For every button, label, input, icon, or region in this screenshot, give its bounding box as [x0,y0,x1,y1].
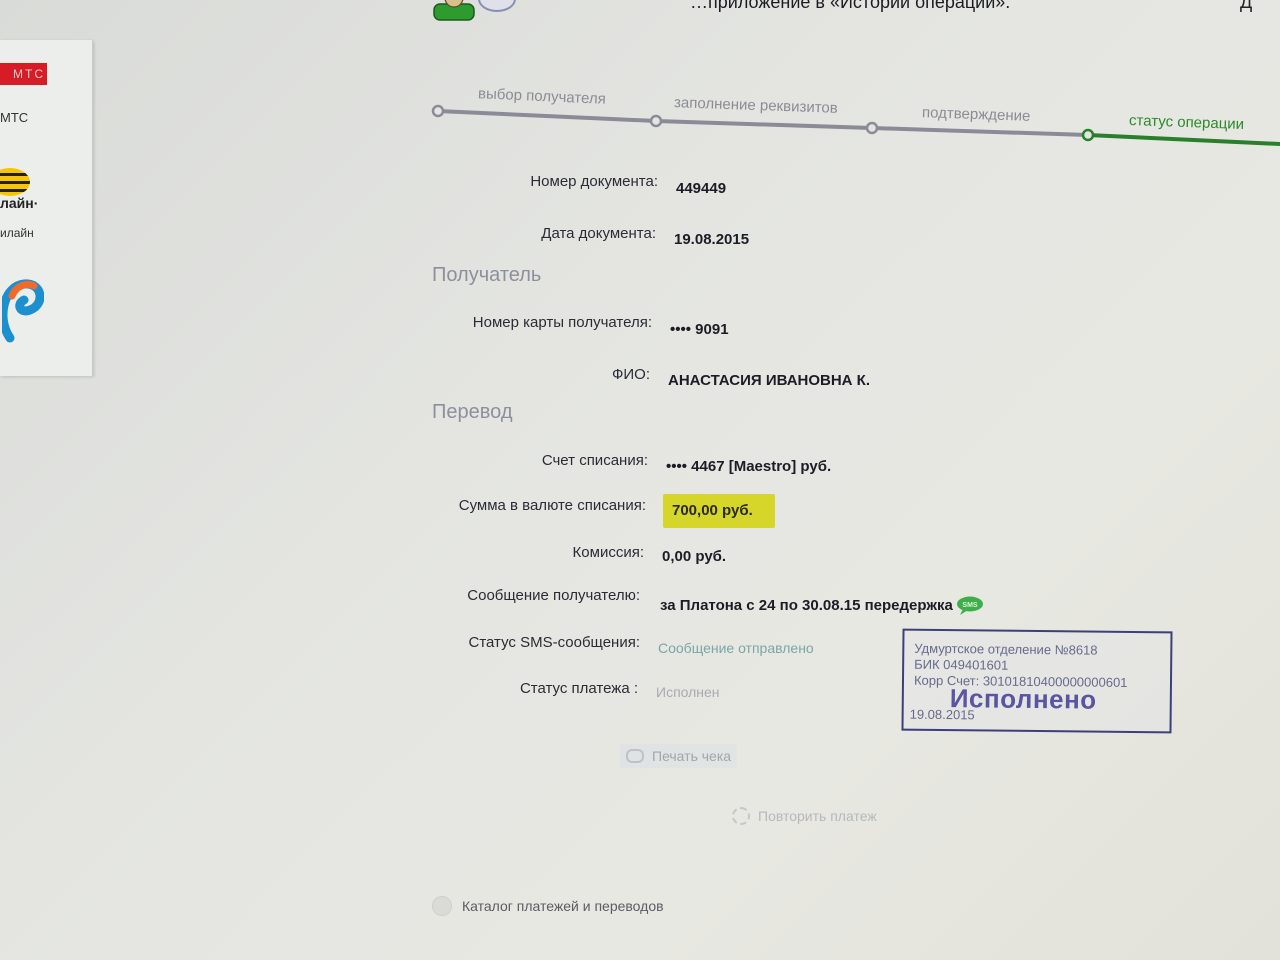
print-receipt-label: Печать чека [652,748,731,764]
recipient-card-value: •••• 9091 [670,321,729,338]
payment-status-label: Статус платежа : [520,680,638,697]
sms-status-value: Сообщение отправлено [658,640,814,656]
stamp-bik: БИК 049401601 [914,657,1008,673]
amount-value: 700,00 руб. [672,502,753,519]
amount-label: Сумма в валюте списания: [459,497,646,514]
payments-catalog-label: Каталог платежей и переводов [462,898,664,914]
debit-account-label: Счет списания: [542,452,648,469]
stamp-branch: Удмуртское отделение №8618 [914,641,1097,658]
print-receipt-button[interactable]: Печать чека [620,744,737,768]
commission-value: 0,00 руб. [662,548,726,565]
message-value: за Платона с 24 по 30.08.15 передержка [660,597,953,614]
document-number-label: Номер документа: [530,173,658,190]
refresh-icon [732,807,750,825]
stamp-date: 19.08.2015 [910,707,975,723]
bank-stamp: Удмуртское отделение №8618 БИК 049401601… [901,629,1172,734]
sms-status-label: Статус SMS-сообщения: [469,634,641,651]
document-number-value: 449449 [676,180,726,197]
stepper-track [0,0,1280,160]
message-label: Сообщение получателю: [467,587,640,604]
recipient-card-label: Номер карты получателя: [473,314,652,331]
progress-stepper: выбор получателя заполнение реквизитов п… [0,0,1280,160]
debit-account-value: •••• 4467 [Maestro] руб. [666,458,831,475]
document-date-label: Дата документа: [541,225,656,242]
svg-text:SMS: SMS [962,602,978,609]
recipient-name-value: АНАСТАСИЯ ИВАНОВНА К. [668,372,870,389]
recipient-name-label: ФИО: [612,366,650,383]
payments-catalog-link[interactable]: Каталог платежей и переводов [432,894,664,918]
recipient-section-title: Получатель [432,264,541,287]
document-date-value: 19.08.2015 [674,231,749,248]
rostelecom-logo[interactable] [2,278,44,346]
sidebar-item-beeline[interactable]: илайн [0,226,34,240]
repeat-payment-button[interactable]: Повторить платеж [732,804,877,828]
printer-icon [626,749,644,763]
catalog-icon [432,896,452,916]
commission-label: Комиссия: [573,544,644,561]
beeline-wordmark: лайн· [0,195,38,211]
payment-status-value: Исполнен [656,684,720,700]
repeat-payment-label: Повторить платеж [758,808,877,824]
transfer-section-title: Перевод [432,401,513,424]
beeline-logo[interactable] [0,168,30,196]
sms-bubble-icon: SMS [955,596,985,616]
